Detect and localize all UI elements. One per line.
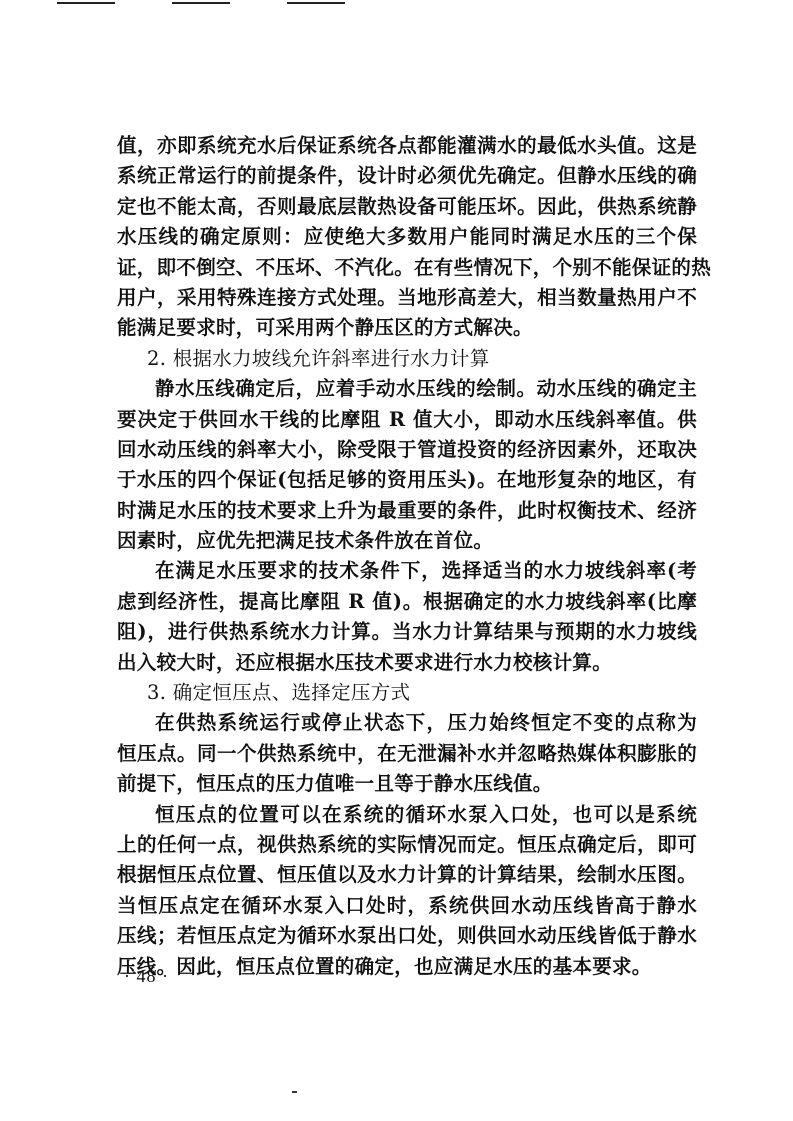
page-number: · 48 · — [124, 966, 169, 987]
text-line: 静水压线确定后，应着手动水压线的绘制。动水压线的确定主 — [117, 374, 697, 404]
header-rule-3 — [287, 2, 345, 4]
text-line: 虑到经济性，提高比摩阻 R 值)。根据确定的水力坡线斜率(比摩 — [117, 587, 697, 617]
text-line: 回水动压线的斜率大小，除受限于管道投资的经济因素外，还取决 — [117, 435, 697, 465]
text-line: 前提下，恒压点的压力值唯一且等于静水压线值。 — [117, 769, 697, 799]
text-line: 在满足水压要求的技术条件下，选择适当的水力坡线斜率(考 — [117, 556, 697, 586]
text-line: 根据恒压点位置、恒压值以及水力计算的计算结果，绘制水压图。 — [117, 860, 697, 890]
text-line: 值，亦即系统充水后保证系统各点都能灌满水的最低水头值。这是 — [117, 131, 697, 161]
text-line: 水压线的确定原则：应使绝大多数用户能同时满足水压的三个保 — [117, 222, 697, 252]
section-heading-3: 3. 确定恒压点、选择定压方式 — [117, 678, 697, 708]
text-line: 在供热系统运行或停止状态下，压力始终恒定不变的点称为 — [117, 708, 697, 738]
text-line: 恒压点。同一个供热系统中，在无泄漏补水并忽略热媒体积膨胀的 — [117, 739, 697, 769]
text-line: 于水压的四个保证(包括足够的资用压头)。在地形复杂的地区，有 — [117, 465, 697, 495]
text-line: 要决定于供回水干线的比摩阻 R 值大小，即动水压线斜率值。供 — [117, 405, 697, 435]
text-line: 系统正常运行的前提条件，设计时必须优先确定。但静水压线的确 — [117, 161, 697, 191]
text-line: 阻)，进行供热系统水力计算。当水力计算结果与预期的水力坡线 — [117, 617, 697, 647]
header-rule-2 — [172, 2, 230, 4]
text-line: 出入较大时，还应根据水压技术要求进行水力校核计算。 — [117, 648, 697, 678]
text-line: 用户，采用特殊连接方式处理。当地形高差大，相当数量热用户不 — [117, 283, 697, 313]
section-heading-2: 2. 根据水力坡线允许斜率进行水力计算 — [117, 344, 697, 374]
text-line: 证，即不倒空、不压坏、不汽化。在有些情况下，个别不能保证的热 — [117, 253, 697, 283]
text-line: 压线。因此，恒压点位置的确定，也应满足水压的基本要求。 — [117, 952, 697, 982]
text-line: 压线；若恒压点定为循环水泵出口处，则供回水动压线皆低于静水 — [117, 921, 697, 951]
text-line: 时满足水压的技术要求上升为最重要的条件，此时权衡技术、经济 — [117, 496, 697, 526]
scan-speck — [292, 1091, 297, 1093]
text-line: 能满足要求时，可采用两个静压区的方式解决。 — [117, 313, 697, 343]
text-line: 因素时，应优先把满足技术条件放在首位。 — [117, 526, 697, 556]
header-rule-1 — [57, 2, 115, 4]
text-line: 当恒压点定在循环水泵入口处时，系统供回水动压线皆高于静水 — [117, 891, 697, 921]
text-line: 上的任何一点，视供热系统的实际情况而定。恒压点确定后，即可 — [117, 830, 697, 860]
text-line: 定也不能太高，否则最底层散热设备可能压坏。因此，供热系统静 — [117, 192, 697, 222]
page-body: 值，亦即系统充水后保证系统各点都能灌满水的最低水头值。这是 系统正常运行的前提条… — [117, 131, 697, 982]
text-line: 恒压点的位置可以在系统的循环水泵入口处，也可以是系统 — [117, 800, 697, 830]
